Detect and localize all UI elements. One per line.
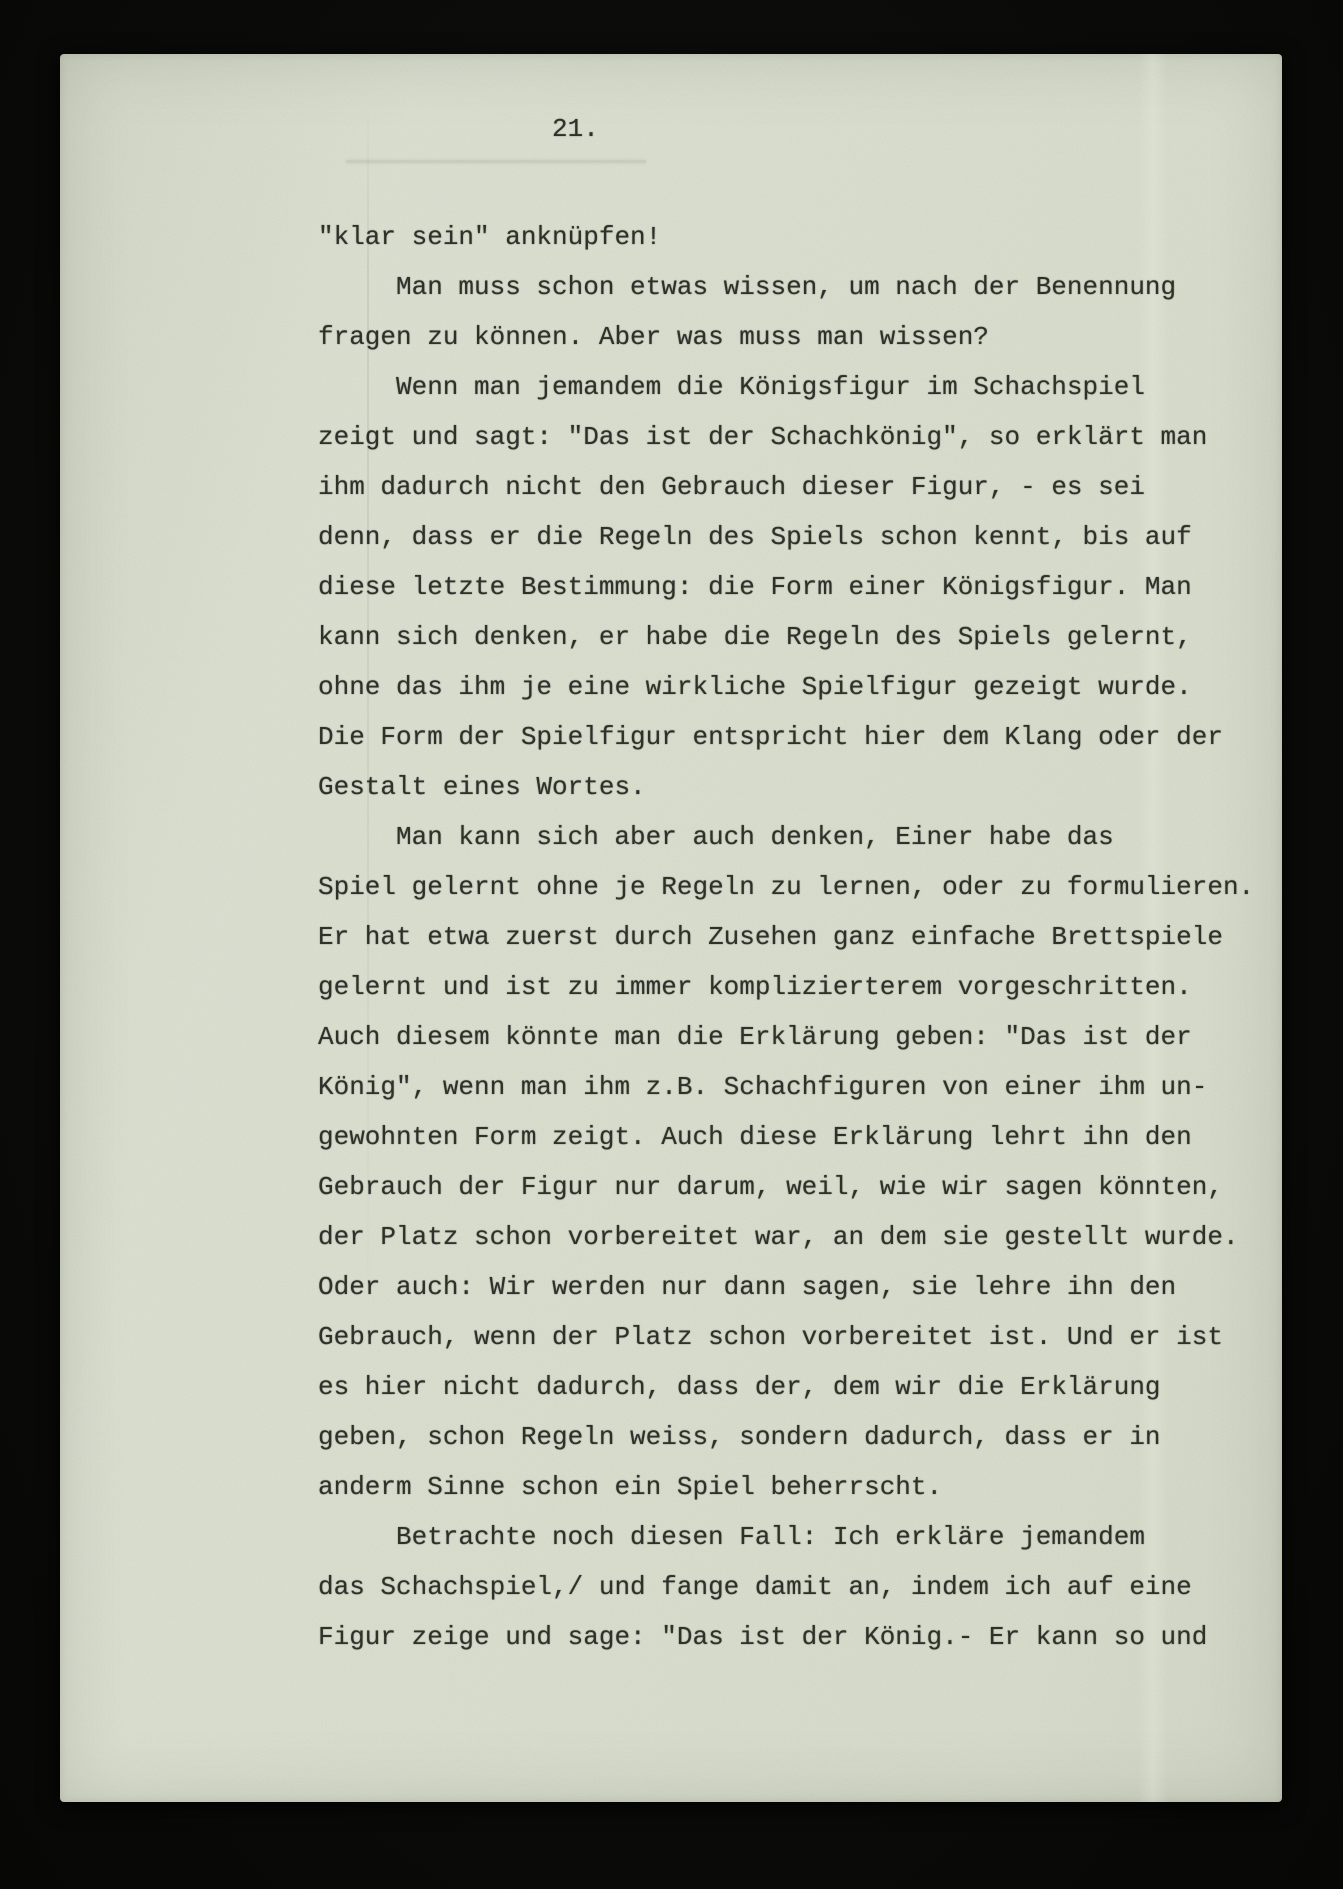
text-line: Wenn man jemandem die Königsfigur im Sch…	[318, 362, 1298, 412]
text-line: geben, schon Regeln weiss, sondern dadur…	[318, 1412, 1298, 1462]
text-line: der Platz schon vorbereitet war, an dem …	[318, 1212, 1298, 1262]
text-line: Gebrauch der Figur nur darum, weil, wie …	[318, 1162, 1298, 1212]
text-line: Oder auch: Wir werden nur dann sagen, si…	[318, 1262, 1298, 1312]
text-line: anderm Sinne schon ein Spiel beherrscht.	[318, 1462, 1298, 1512]
text-line: Die Form der Spielfigur entspricht hier …	[318, 712, 1298, 762]
text-line: zeigt und sagt: "Das ist der Schachkönig…	[318, 412, 1298, 462]
text-line: Er hat etwa zuerst durch Zusehen ganz ei…	[318, 912, 1298, 962]
text-line: Auch diesem könnte man die Erklärung geb…	[318, 1012, 1298, 1062]
text-line: es hier nicht dadurch, dass der, dem wir…	[318, 1362, 1298, 1412]
text-line: "klar sein" anknüpfen!	[318, 212, 1298, 262]
text-line: Gestalt eines Wortes.	[318, 762, 1298, 812]
text-line: das Schachspiel,/ und fange damit an, in…	[318, 1562, 1298, 1612]
paper-page: 21. "klar sein" anknüpfen!Man muss schon…	[60, 54, 1282, 1802]
text-line: Spiel gelernt ohne je Regeln zu lernen, …	[318, 862, 1298, 912]
page-number: 21.	[552, 114, 599, 144]
text-line: Figur zeige und sage: "Das ist der König…	[318, 1612, 1298, 1662]
text-line: König", wenn man ihm z.B. Schachfiguren …	[318, 1062, 1298, 1112]
typewritten-text: "klar sein" anknüpfen!Man muss schon etw…	[318, 212, 1298, 1662]
impression-smudge	[346, 160, 646, 163]
text-line: gewohnten Form zeigt. Auch diese Erkläru…	[318, 1112, 1298, 1162]
text-line: Betrachte noch diesen Fall: Ich erkläre …	[318, 1512, 1298, 1562]
text-line: Man kann sich aber auch denken, Einer ha…	[318, 812, 1298, 862]
scanned-document: 21. "klar sein" anknüpfen!Man muss schon…	[0, 0, 1343, 1889]
text-line: fragen zu können. Aber was muss man wiss…	[318, 312, 1298, 362]
text-line: kann sich denken, er habe die Regeln des…	[318, 612, 1298, 662]
text-line: gelernt und ist zu immer komplizierterem…	[318, 962, 1298, 1012]
text-line: ihm dadurch nicht den Gebrauch dieser Fi…	[318, 462, 1298, 512]
text-line: ohne das ihm je eine wirkliche Spielfigu…	[318, 662, 1298, 712]
text-line: Gebrauch, wenn der Platz schon vorbereit…	[318, 1312, 1298, 1362]
text-line: diese letzte Bestimmung: die Form einer …	[318, 562, 1298, 612]
text-line: Man muss schon etwas wissen, um nach der…	[318, 262, 1298, 312]
text-line: denn, dass er die Regeln des Spiels scho…	[318, 512, 1298, 562]
